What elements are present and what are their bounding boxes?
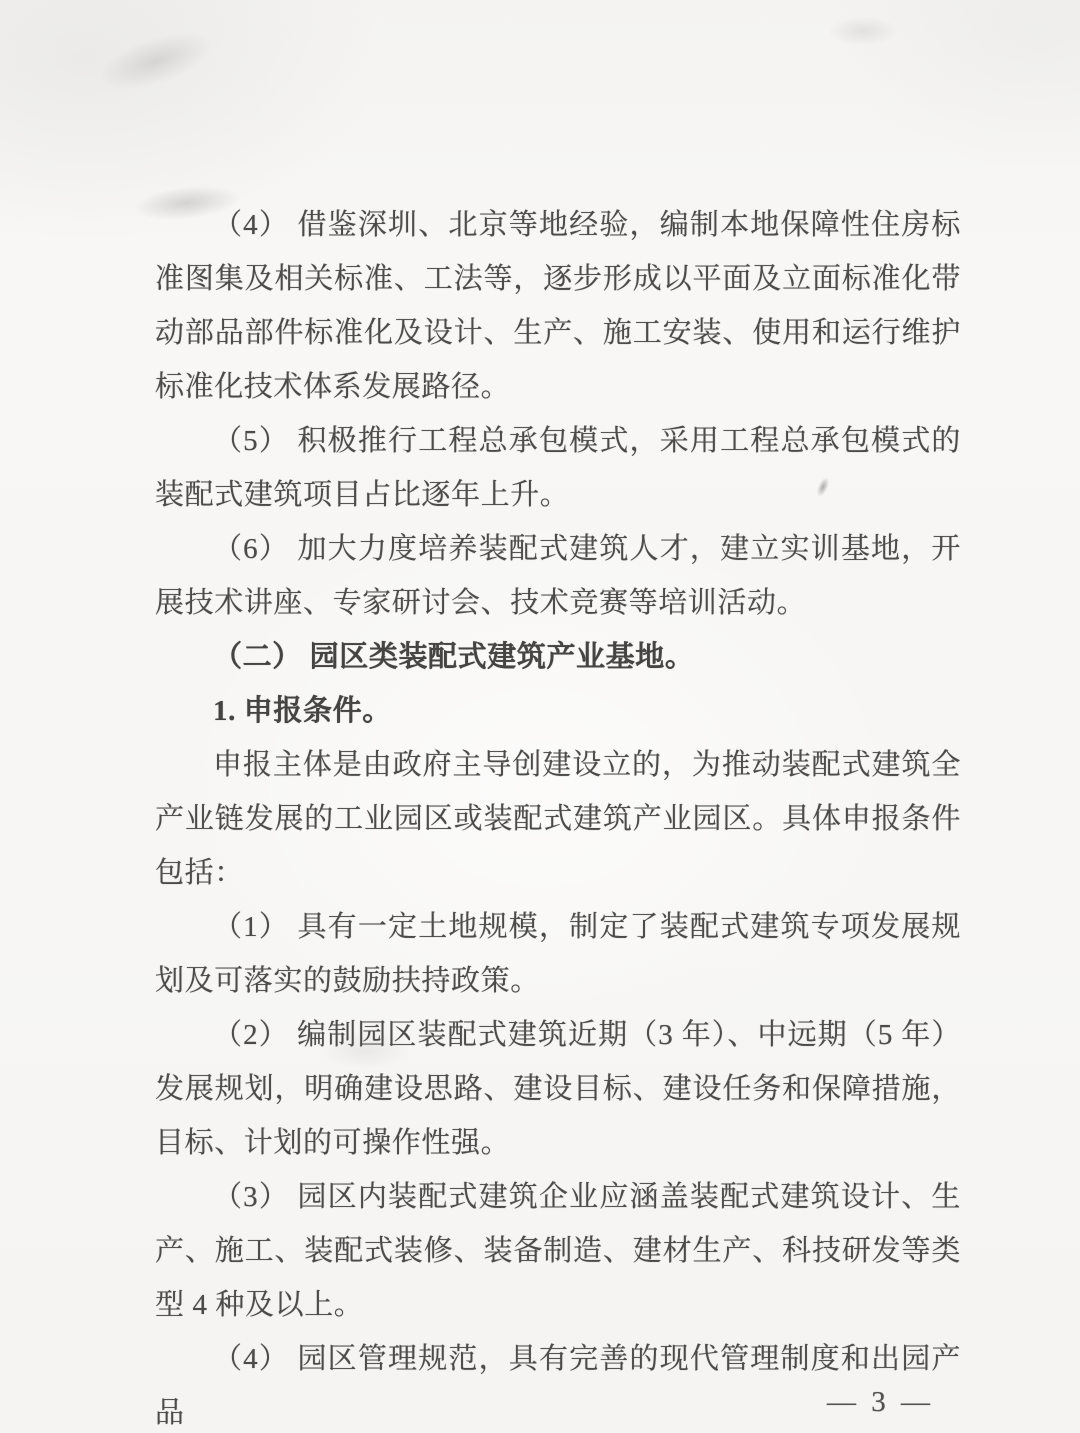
- doc-paragraph-cond-2: （2） 编制园区装配式建筑近期（3 年）、中远期（5 年）发展规划，明确建设思路…: [155, 1008, 961, 1170]
- doc-paragraph-cond-1: （1） 具有一定土地规模，制定了装配式建筑专项发展规划及可落实的鼓励扶持政策。: [155, 900, 961, 1008]
- page-number: — 3 —: [827, 1386, 934, 1419]
- doc-paragraph-item-4: （4） 借鉴深圳、北京等地经验，编制本地保障性住房标准图集及相关标准、工法等，逐…: [155, 198, 961, 414]
- doc-paragraph-item-6: （6） 加大力度培养装配式建筑人才，建立实训基地，开展技术讲座、专家研讨会、技术…: [155, 522, 961, 630]
- doc-paragraph-item-5: （5） 积极推行工程总承包模式，采用工程总承包模式的装配式建筑项目占比逐年上升。: [155, 414, 961, 522]
- scan-smudge: [828, 16, 898, 46]
- section-heading-application-conditions: 1. 申报条件。: [155, 684, 961, 738]
- section-heading-park-base: （二） 园区类装配式建筑产业基地。: [155, 630, 961, 684]
- doc-paragraph-cond-3: （3） 园区内装配式建筑企业应涵盖装配式建筑设计、生产、施工、装配式装修、装备制…: [155, 1170, 961, 1332]
- scan-smudge: [92, 21, 220, 102]
- scanned-document-page: （4） 借鉴深圳、北京等地经验，编制本地保障性住房标准图集及相关标准、工法等，逐…: [0, 0, 1080, 1433]
- document-body: （4） 借鉴深圳、北京等地经验，编制本地保障性住房标准图集及相关标准、工法等，逐…: [155, 198, 961, 1433]
- doc-paragraph-intro: 申报主体是由政府主导创建设立的，为推动装配式建筑全产业链发展的工业园区或装配式建…: [155, 738, 961, 900]
